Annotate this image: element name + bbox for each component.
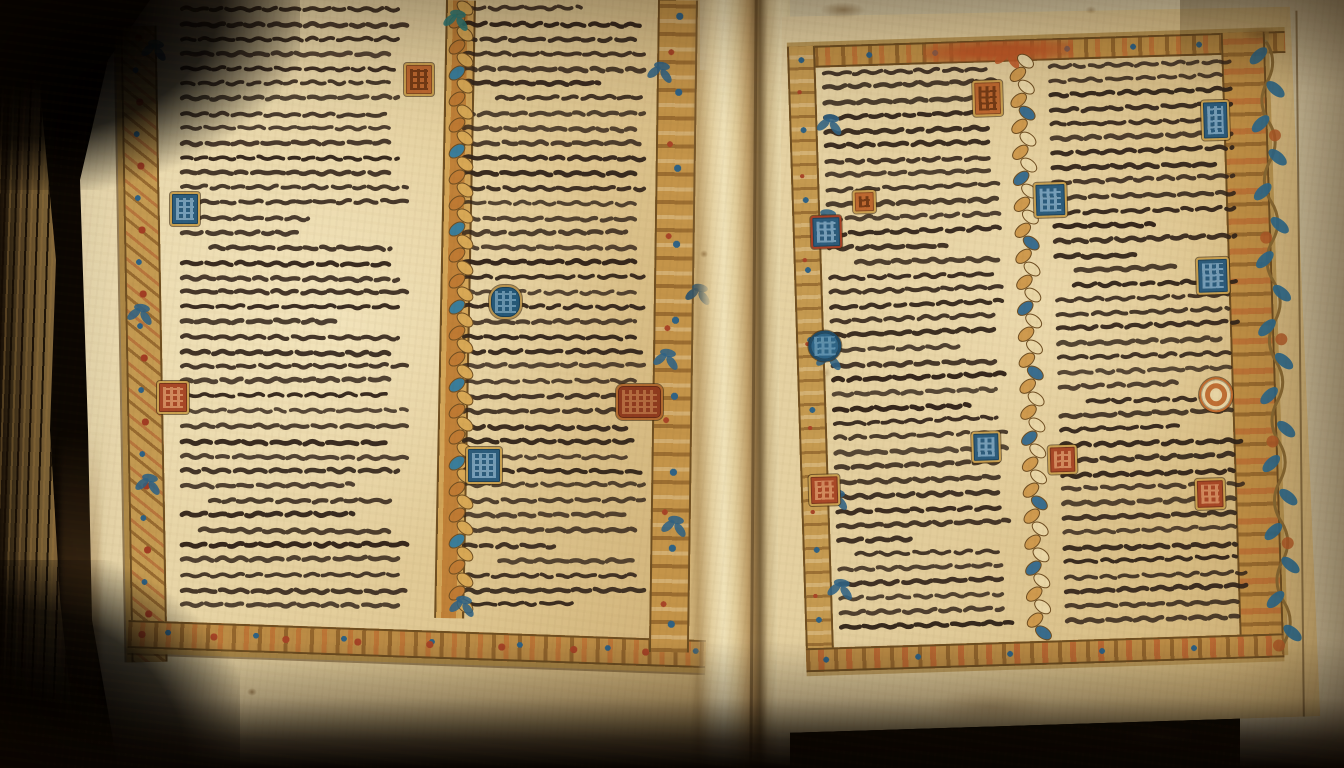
manuscript-photo-scene <box>0 0 1344 768</box>
photo-vignette <box>0 0 1344 768</box>
